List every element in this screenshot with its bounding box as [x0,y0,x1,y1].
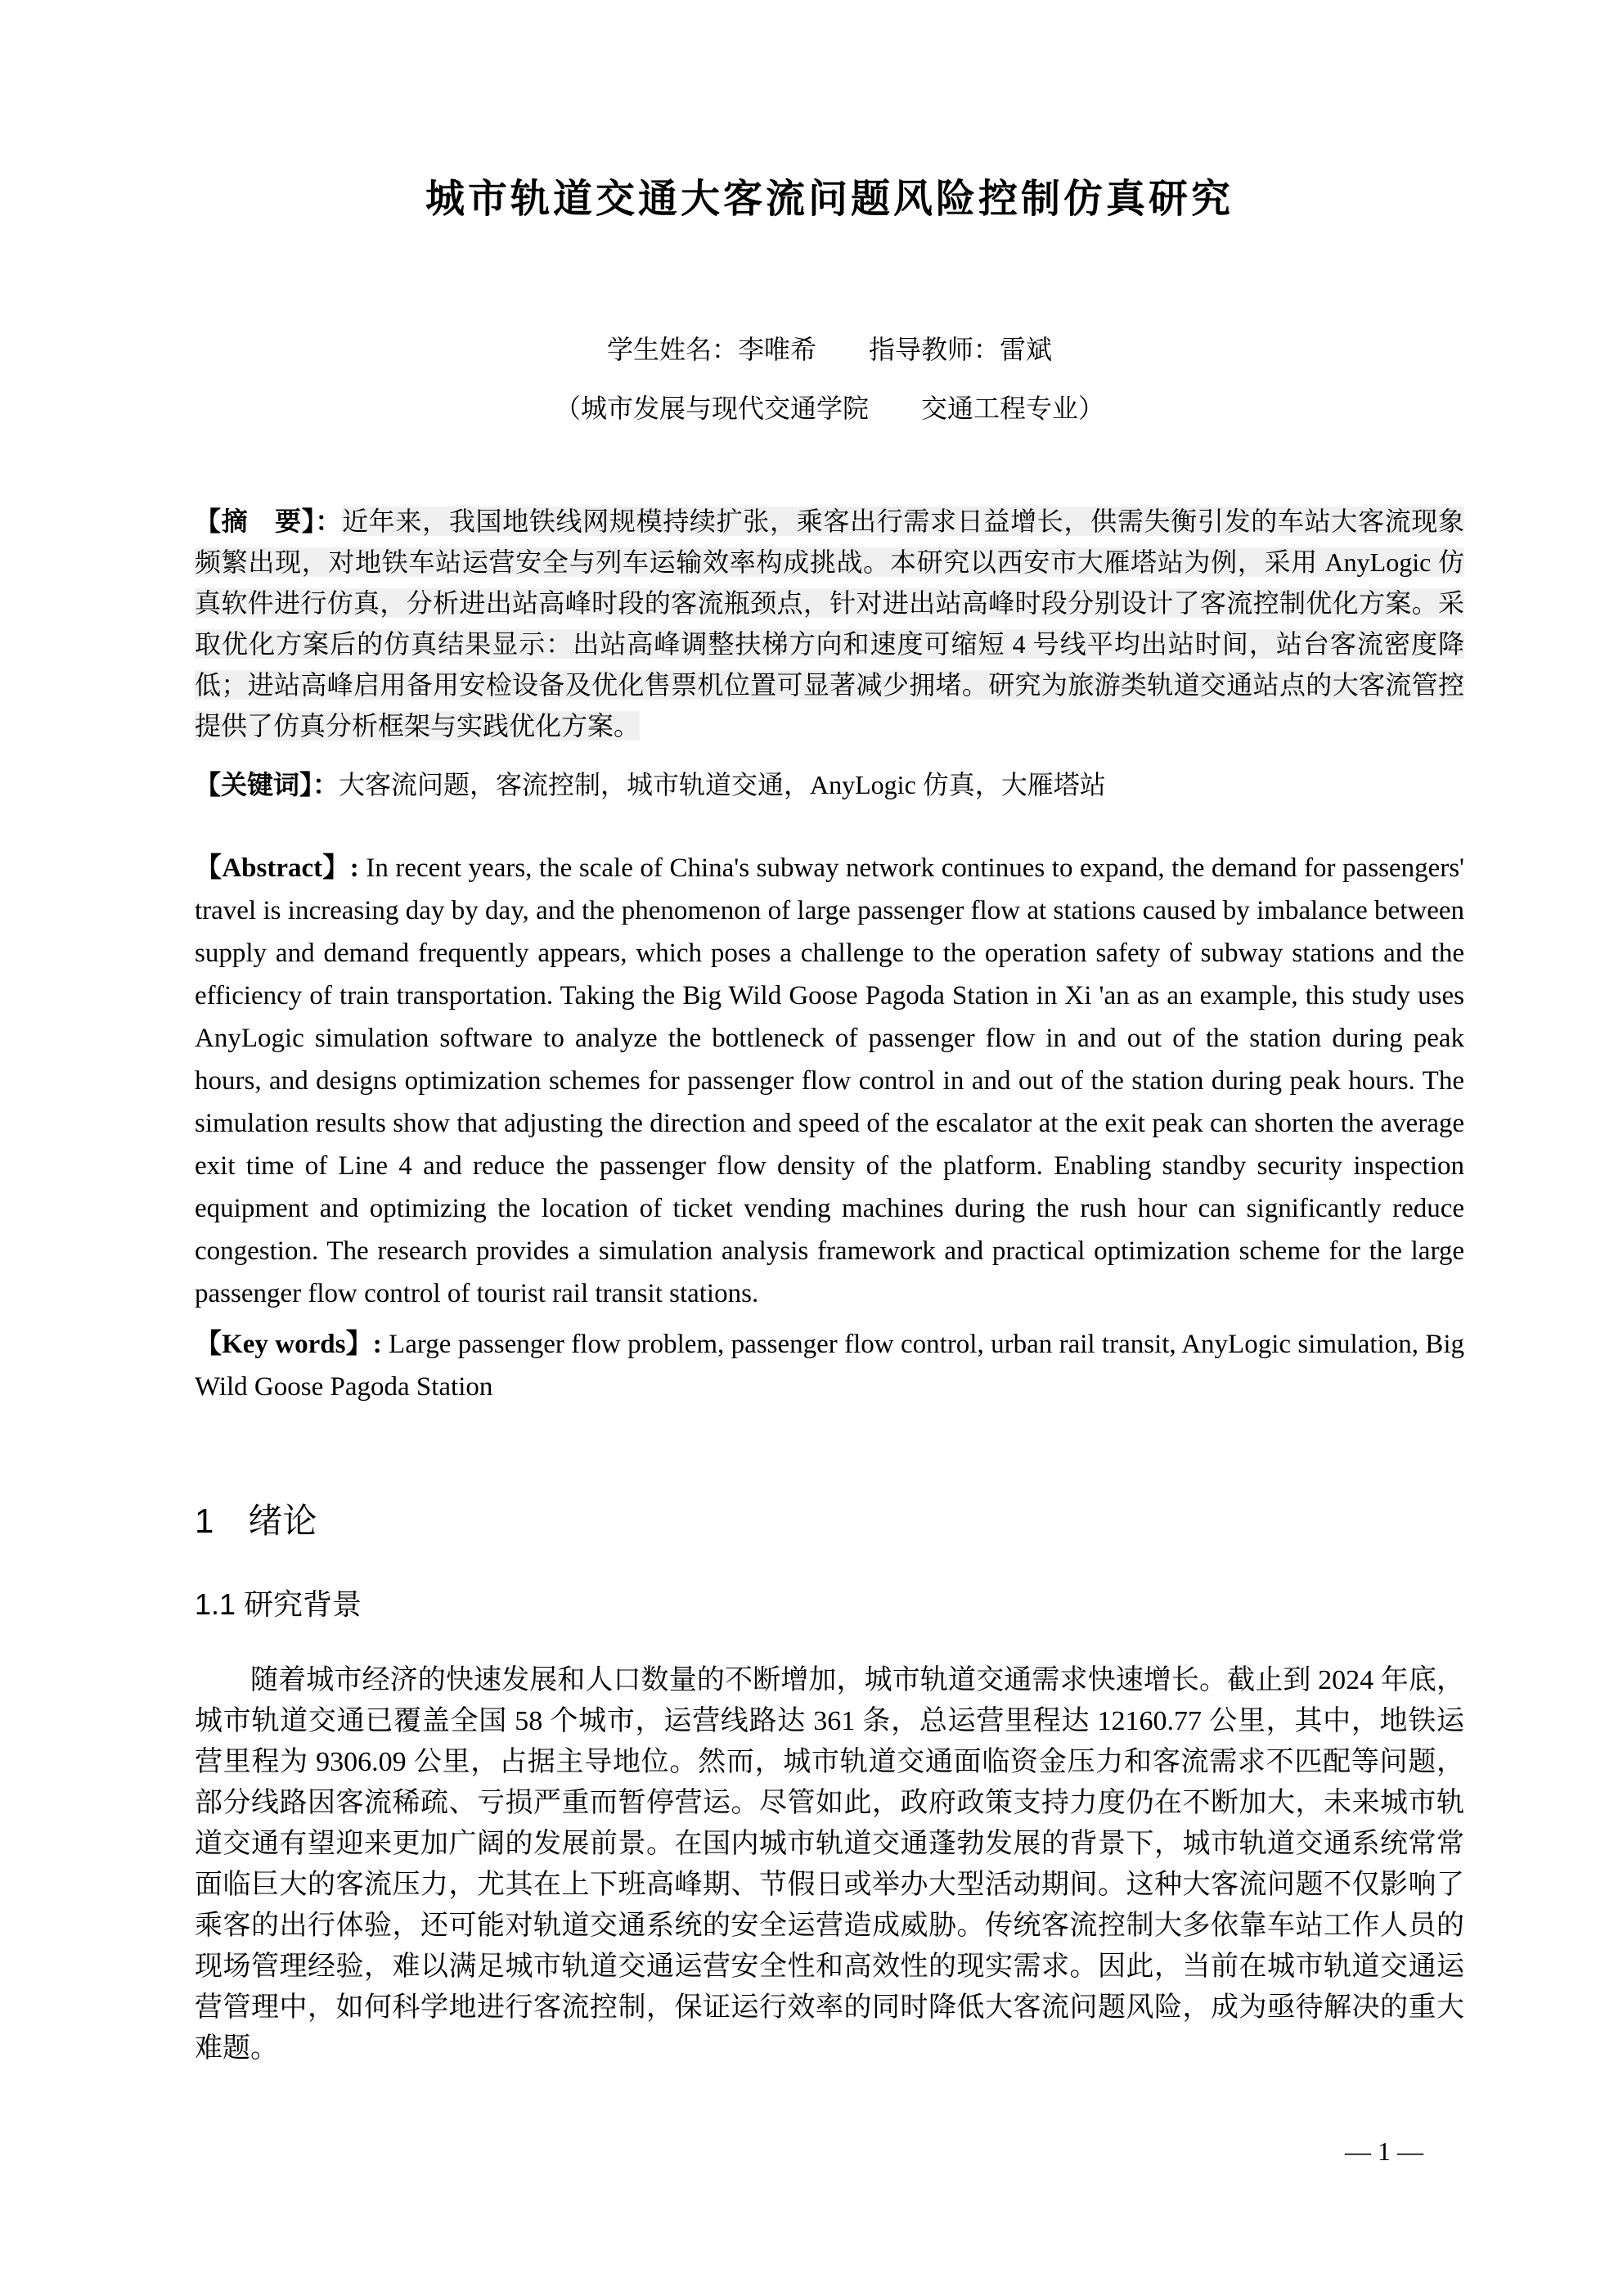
abstract-en-paragraph: 【Abstract】: In recent years, the scale o… [195,847,1464,1315]
abstract-en-label: 【Abstract】: [195,853,366,883]
keywords-cn-paragraph: 【关键词】：大客流问题，客流控制，城市轨道交通，AnyLogic 仿真，大雁塔站 [195,764,1464,805]
keywords-cn-label: 【关键词】： [195,770,339,799]
section-heading-1-1: 1.1 研究背景 [195,1585,1464,1624]
thesis-page: 城市轨道交通大客流问题风险控制仿真研究 学生姓名：李唯希 指导教师：雷斌 （城市… [0,0,1623,2296]
section-heading-1: 1 绪论 [195,1501,1464,1542]
abstract-cn-text: 近年来，我国地铁线网规模持续扩张，乘客出行需求日益增长，供需失衡引发的车站大客流… [195,506,1464,741]
keywords-en-label: 【Key words】: [195,1330,389,1359]
page-number: — 1 — [195,2133,1464,2169]
abstract-en-text: In recent years, the scale of China's su… [195,853,1464,1308]
abstract-cn-paragraph: 【摘 要】：近年来，我国地铁线网规模持续扩张，乘客出行需求日益增长，供需失衡引发… [195,501,1464,746]
page-title: 城市轨道交通大客流问题风险控制仿真研究 [195,175,1464,224]
abstract-cn-label: 【摘 要】： [195,506,342,536]
keywords-en-paragraph: 【Key words】: Large passenger flow proble… [195,1323,1464,1408]
affiliation-line: （城市发展与现代交通学院 交通工程专业） [195,390,1464,426]
author-advisor-line: 学生姓名：李唯希 指导教师：雷斌 [195,331,1464,367]
body-paragraph-research-background: 随着城市经济的快速发展和人口数量的不断增加，城市轨道交通需求快速增长。截止到 2… [195,1660,1464,2069]
keywords-cn-text: 大客流问题，客流控制，城市轨道交通，AnyLogic 仿真，大雁塔站 [339,770,1106,799]
